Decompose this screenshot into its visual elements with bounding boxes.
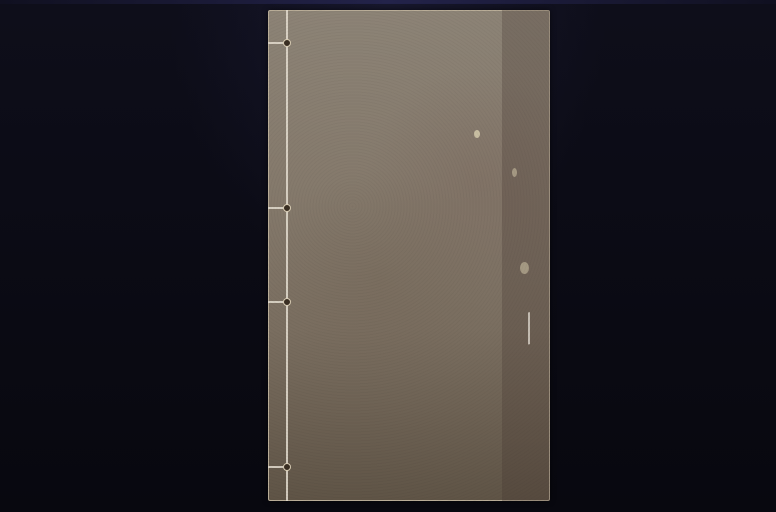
stitch-hole [283,204,291,212]
stitch-hole [283,39,291,47]
top-edge-strip [0,0,776,4]
stitch-hole [283,463,291,471]
cover-tear [528,312,533,345]
binding-spine-line [286,10,288,501]
paper-stain [474,130,480,138]
paper-stain [520,262,529,274]
stitch-hole [283,298,291,306]
paper-stain [512,168,517,177]
book-cover [268,10,550,501]
